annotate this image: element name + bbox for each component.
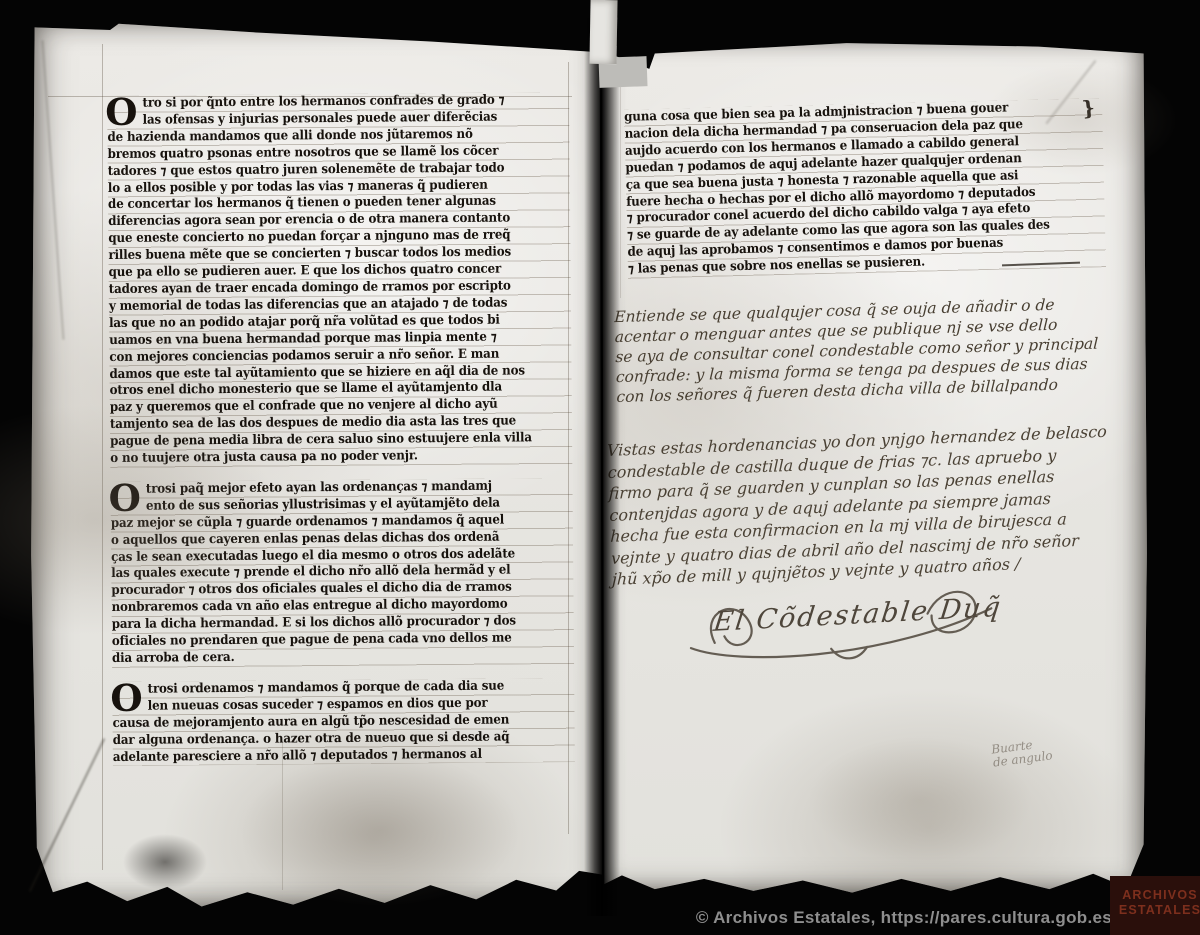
stamp-line: ARCHIVOS <box>1110 888 1200 903</box>
spine-tab <box>589 0 617 64</box>
ordinance-paragraph-2: O trosi paq̃ mejor efeto ayan las ordena… <box>110 478 574 668</box>
copyright-watermark: © Archivos Estatales, https://pares.cult… <box>696 908 1112 928</box>
right-page: guna cosa que bien sea pa la admjnistrac… <box>600 38 1148 896</box>
paragraph-end-mark: } <box>1081 95 1096 120</box>
book-gutter-shadow <box>584 18 620 916</box>
ordinance-paragraph-3: O trosi ordenamos ⁊ mandamos q̃ porque d… <box>112 678 575 767</box>
condestable-signature: El Cõdestable Duq̃ <box>678 569 1013 681</box>
manuscript-line: dia arroba de cera. <box>112 647 542 668</box>
manuscript-scan: O tro si por q̃nto entre los hermanos co… <box>0 0 1200 935</box>
left-text-column: O tro si por q̃nto entre los hermanos co… <box>107 92 575 766</box>
left-margin-rule <box>620 78 621 298</box>
right-text-column: guna cosa que bien sea pa la admjnistrac… <box>624 98 1106 279</box>
paragraph-lines: trosi ordenamos ⁊ mandamos q̃ porque de … <box>112 678 575 767</box>
manuscript-line: o no tuujere otra justa causa pa no pode… <box>110 447 540 468</box>
left-margin-rule <box>102 44 103 870</box>
paragraph-lines: trosi paq̃ mejor efeto ayan las ordenanç… <box>110 478 574 668</box>
ordinance-paragraph-1: O tro si por q̃nto entre los hermanos co… <box>107 92 572 468</box>
paragraph-lines: tro si por q̃nto entre los hermanos conf… <box>107 92 572 468</box>
manuscript-line: adelante paresciere a nr̃o allõ ⁊ deputa… <box>113 746 543 767</box>
stamp-line: ESTATALES <box>1110 903 1200 918</box>
archive-stamp: ARCHIVOS ESTATALES <box>1110 876 1200 935</box>
left-page: O tro si por q̃nto entre los hermanos co… <box>30 22 602 910</box>
confirmation-note: Vistas estas hordenancias yo don ynjgo h… <box>607 420 1127 590</box>
corner-scribble: Buarte de angulo <box>991 736 1054 769</box>
marginal-addition-note: Entiende se que qualqujer cosa q̃ se ouj… <box>615 293 1123 407</box>
